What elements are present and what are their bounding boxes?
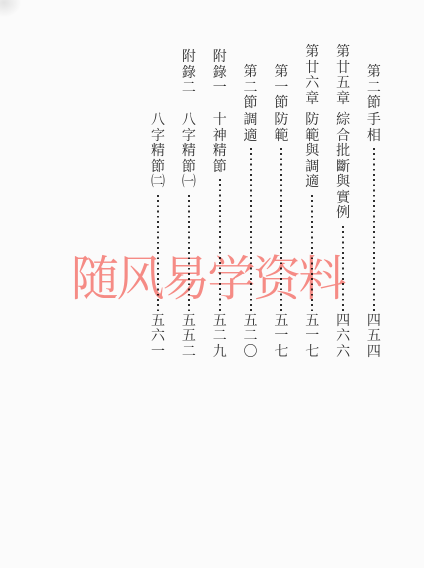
toc-entry-heading: 第一節 [273, 45, 289, 113]
toc-entry-page-number: 五一七 [273, 314, 289, 361]
scan-artifact-smudge [0, 0, 21, 17]
toc-entry-title: 防範 [273, 113, 289, 144]
toc-entry: 附錄一 十神精節 五二九 [212, 45, 228, 360]
toc-entry-title: 十神精節 [212, 113, 228, 175]
dotted-leader [373, 148, 375, 311]
toc-entry: 八字精節㈡ 五六一 [150, 45, 166, 360]
toc-entry: 第二節 手相 四五四 [366, 45, 382, 360]
toc-entry-heading: 第廿五章 [335, 45, 351, 113]
dotted-leader [311, 195, 313, 311]
toc-entry: 第一節 防範 五一七 [273, 45, 289, 360]
toc-entry-page-number: 五一七 [304, 314, 320, 361]
toc-entry-title: 八字精節㈡ [150, 113, 166, 191]
toc-entry: 第廿六章 防範與調適 五一七 [304, 45, 320, 360]
dotted-leader [250, 148, 252, 311]
dotted-leader [342, 226, 344, 311]
dotted-leader [219, 179, 221, 311]
toc-entry-page-number: 五六一 [150, 314, 166, 361]
toc-entry-heading [150, 45, 166, 113]
dotted-leader [157, 195, 159, 311]
toc-entry-title: 調適 [243, 113, 259, 144]
table-of-contents: 第二節 手相 四五四 第廿五章 綜合批斷與實例 四六六 第廿六章 防範與調適 五… [150, 45, 382, 360]
dotted-leader [280, 148, 282, 311]
book-page: 第二節 手相 四五四 第廿五章 綜合批斷與實例 四六六 第廿六章 防範與調適 五… [0, 0, 424, 568]
dotted-leader [188, 195, 190, 311]
toc-entry-page-number: 四五四 [366, 314, 382, 361]
toc-entry-heading: 第二節 [366, 45, 382, 113]
toc-entry-title: 防範與調適 [304, 113, 320, 191]
toc-entry-title: 八字精節㈠ [181, 113, 197, 191]
toc-entry-page-number: 五二〇 [243, 314, 259, 361]
toc-entry-title: 手相 [366, 113, 382, 144]
toc-entry: 第廿五章 綜合批斷與實例 四六六 [335, 45, 351, 360]
toc-entry-heading: 附錄一 [212, 45, 228, 113]
toc-entry-heading: 附錄二 [181, 45, 197, 113]
toc-entry-heading: 第二節 [243, 45, 259, 113]
toc-entry-page-number: 五五二 [181, 314, 197, 361]
toc-entry-title: 綜合批斷與實例 [335, 113, 351, 222]
toc-entry: 附錄二 八字精節㈠ 五五二 [181, 45, 197, 360]
toc-entry-page-number: 四六六 [335, 314, 351, 361]
toc-entry: 第二節 調適 五二〇 [243, 45, 259, 360]
toc-entry-heading: 第廿六章 [304, 45, 320, 113]
toc-entry-page-number: 五二九 [212, 314, 228, 361]
